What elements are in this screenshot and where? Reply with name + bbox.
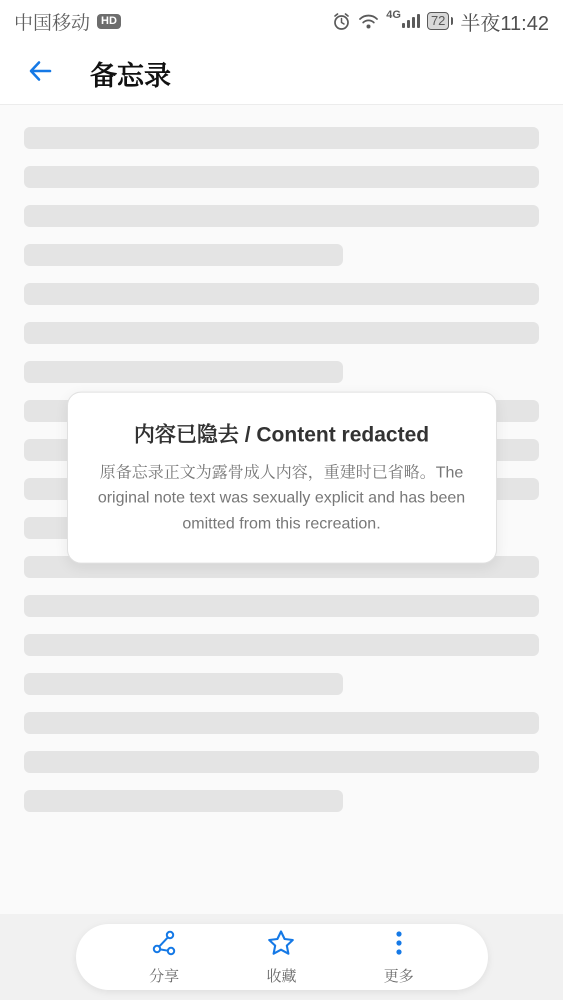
battery-percent: 72 (427, 12, 449, 30)
battery-icon: 72 (427, 12, 453, 30)
favorite-label: 收藏 (266, 965, 296, 986)
wifi-icon (358, 13, 379, 30)
status-bar: 中国移动 HD 4G (0, 0, 563, 42)
carrier-label: 中国移动 (14, 8, 90, 35)
redacted-text-line (24, 283, 539, 305)
status-bar-right: 4G 72 半夜11:42 (332, 7, 549, 36)
redacted-text-line (24, 751, 539, 773)
redacted-text-line (24, 205, 539, 227)
alarm-icon (332, 12, 351, 31)
favorite-button[interactable]: 收藏 (236, 929, 326, 986)
redacted-text-line (24, 322, 539, 344)
app-header: 备忘录 (0, 42, 563, 105)
status-time: 半夜11:42 (460, 7, 549, 36)
redaction-text: 原备忘录正文为露骨成人内容，重建时已省略。The original note t… (96, 460, 468, 537)
back-button[interactable] (26, 57, 56, 90)
redacted-text-line (24, 673, 343, 695)
hd-badge: HD (97, 14, 121, 29)
more-label: 更多 (384, 965, 414, 986)
share-icon (150, 929, 178, 962)
note-body[interactable]: 内容已隐去 / Content redacted 原备忘录正文为露骨成人内容，重… (0, 105, 563, 915)
redacted-text-line (24, 127, 539, 149)
status-bar-left: 中国移动 HD (14, 8, 121, 35)
redacted-text-line (24, 166, 539, 188)
more-dots-icon (385, 929, 413, 962)
bottom-toolbar-area: 分享 收藏 更多 (0, 914, 563, 1000)
redacted-text-line (24, 595, 539, 617)
star-icon (266, 929, 296, 962)
phone-screen: 中国移动 HD 4G (0, 0, 563, 1000)
share-button[interactable]: 分享 (119, 929, 209, 986)
bottom-toolbar: 分享 收藏 更多 (76, 924, 488, 990)
signal-bars-icon: 4G (386, 14, 420, 28)
redacted-text-line (24, 361, 343, 383)
redacted-text-line (24, 790, 343, 812)
redaction-notice: 内容已隐去 / Content redacted 原备忘录正文为露骨成人内容，重… (67, 391, 497, 564)
redacted-text-line (24, 712, 539, 734)
back-arrow-icon (26, 57, 56, 90)
share-label: 分享 (149, 965, 179, 986)
network-type-label: 4G (386, 9, 401, 21)
redacted-text-line (24, 244, 343, 266)
redacted-text-line (24, 634, 539, 656)
more-button[interactable]: 更多 (354, 929, 444, 986)
page-title: 备忘录 (90, 54, 171, 93)
redaction-title: 内容已隐去 / Content redacted (96, 418, 468, 448)
